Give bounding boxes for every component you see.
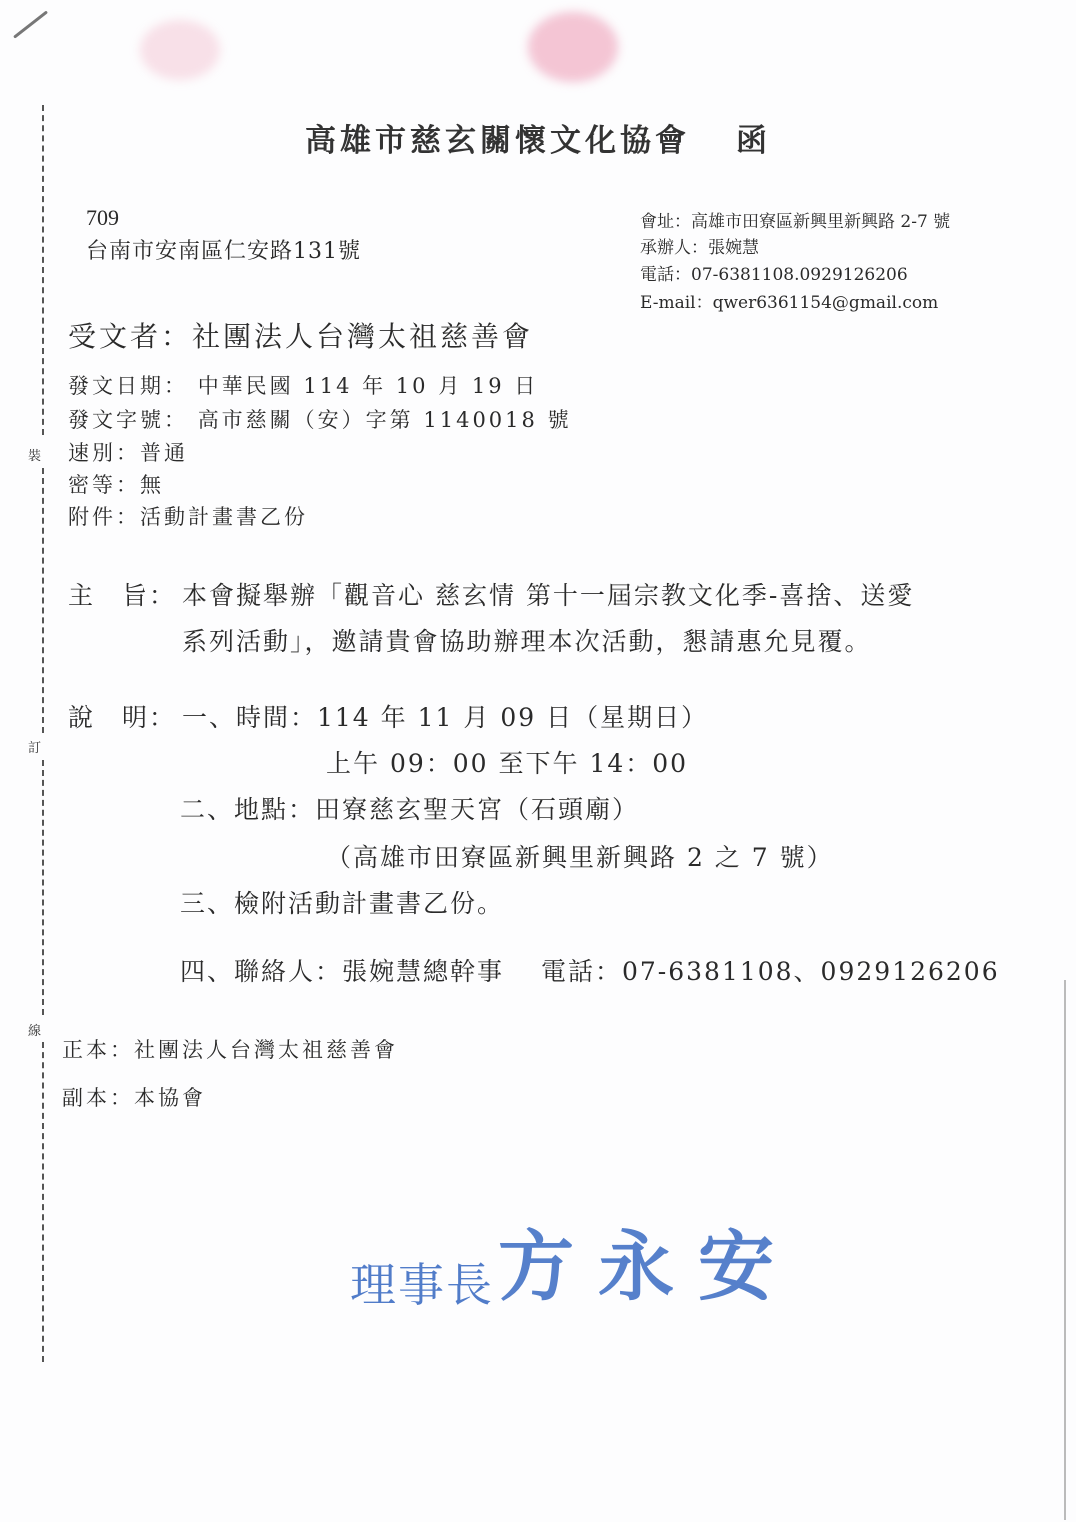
binding-mark-zhuang: 裝 <box>28 445 41 464</box>
recipient-mailing-address: 台南市安南區仁安路131號 <box>86 234 361 265</box>
explanation-item-contact: 四、聯絡人：張婉慧總幹事 電話：07-6381108、0929126206 <box>180 952 1000 988</box>
org-name: 高雄市慈玄關懷文化協會 <box>305 123 690 159</box>
sender-email: E-mail：qwer6361154@gmail.com <box>640 288 938 313</box>
page-edge-line <box>1064 980 1066 1520</box>
explanation-item-location-address: （高雄市田寮區新興里新興路 2 之 7 號） <box>326 838 834 874</box>
explanation-label: 說 明： <box>68 698 176 734</box>
original-copy: 正本：社團法人台灣太祖慈善會 <box>62 1034 398 1064</box>
explanation-item-time-range: 上午 09：00 至下午 14：00 <box>326 744 688 780</box>
speed-class: 速別：普通 <box>68 437 188 467</box>
explanation-item-location: 二、地點：田寮慈玄聖天宮（石頭廟） <box>180 790 639 826</box>
security-class: 密等：無 <box>68 469 164 499</box>
attachment: 附件：活動計畫書乙份 <box>68 501 308 531</box>
chairman-signature-stamp: 理事長 方永安 <box>350 1206 798 1315</box>
signature-name: 方永安 <box>498 1206 798 1315</box>
reference-label: 發文字號： <box>68 408 188 432</box>
document-title: 高雄市慈玄關懷文化協會函 <box>0 115 1076 160</box>
subject-line-1: 本會擬舉辦「觀音心 慈玄情 第十一屆宗教文化季-喜捨、送愛 <box>182 576 914 612</box>
reference-value: 高市慈關（安）字第 1140018 號 <box>198 408 572 432</box>
binding-dashed-line <box>42 760 44 1015</box>
explanation-item-time: 一、時間：114 年 11 月 09 日（星期日） <box>182 698 708 734</box>
binding-mark-xian: 線 <box>28 1020 41 1039</box>
sender-handler: 承辦人：張婉慧 <box>640 233 759 258</box>
recipient-zip: 709 <box>86 205 119 231</box>
pen-mark <box>13 10 48 38</box>
issue-date-label: 發文日期： <box>68 374 188 398</box>
sender-address: 會址：高雄市田寮區新興里新興路 2-7 號 <box>640 207 950 232</box>
binding-dashed-line <box>42 1042 44 1362</box>
issue-date-row: 發文日期： 中華民國 114 年 10 月 19 日 <box>68 370 538 400</box>
doc-type: 函 <box>736 123 771 159</box>
binding-dashed-line <box>42 468 44 733</box>
sender-phone: 電話：07-6381108.0929126206 <box>640 260 908 285</box>
reference-row: 發文字號： 高市慈關（安）字第 1140018 號 <box>68 404 572 434</box>
binding-mark-ding: 訂 <box>28 737 41 756</box>
explanation-item-attachment: 三、檢附活動計畫書乙份。 <box>180 884 504 920</box>
duplicate-copy: 副本：本協會 <box>62 1082 206 1112</box>
fingerprint-smudge <box>528 12 618 82</box>
signature-title: 理事長 <box>350 1249 494 1315</box>
ink-smudge <box>140 20 220 80</box>
issue-date-value: 中華民國 114 年 10 月 19 日 <box>198 374 539 398</box>
recipient: 受文者：社團法人台灣太祖慈善會 <box>68 315 533 355</box>
subject-line-2: 系列活動」，邀請貴會協助辦理本次活動，懇請惠允見覆。 <box>182 622 872 658</box>
subject-label: 主 旨： <box>68 576 176 612</box>
